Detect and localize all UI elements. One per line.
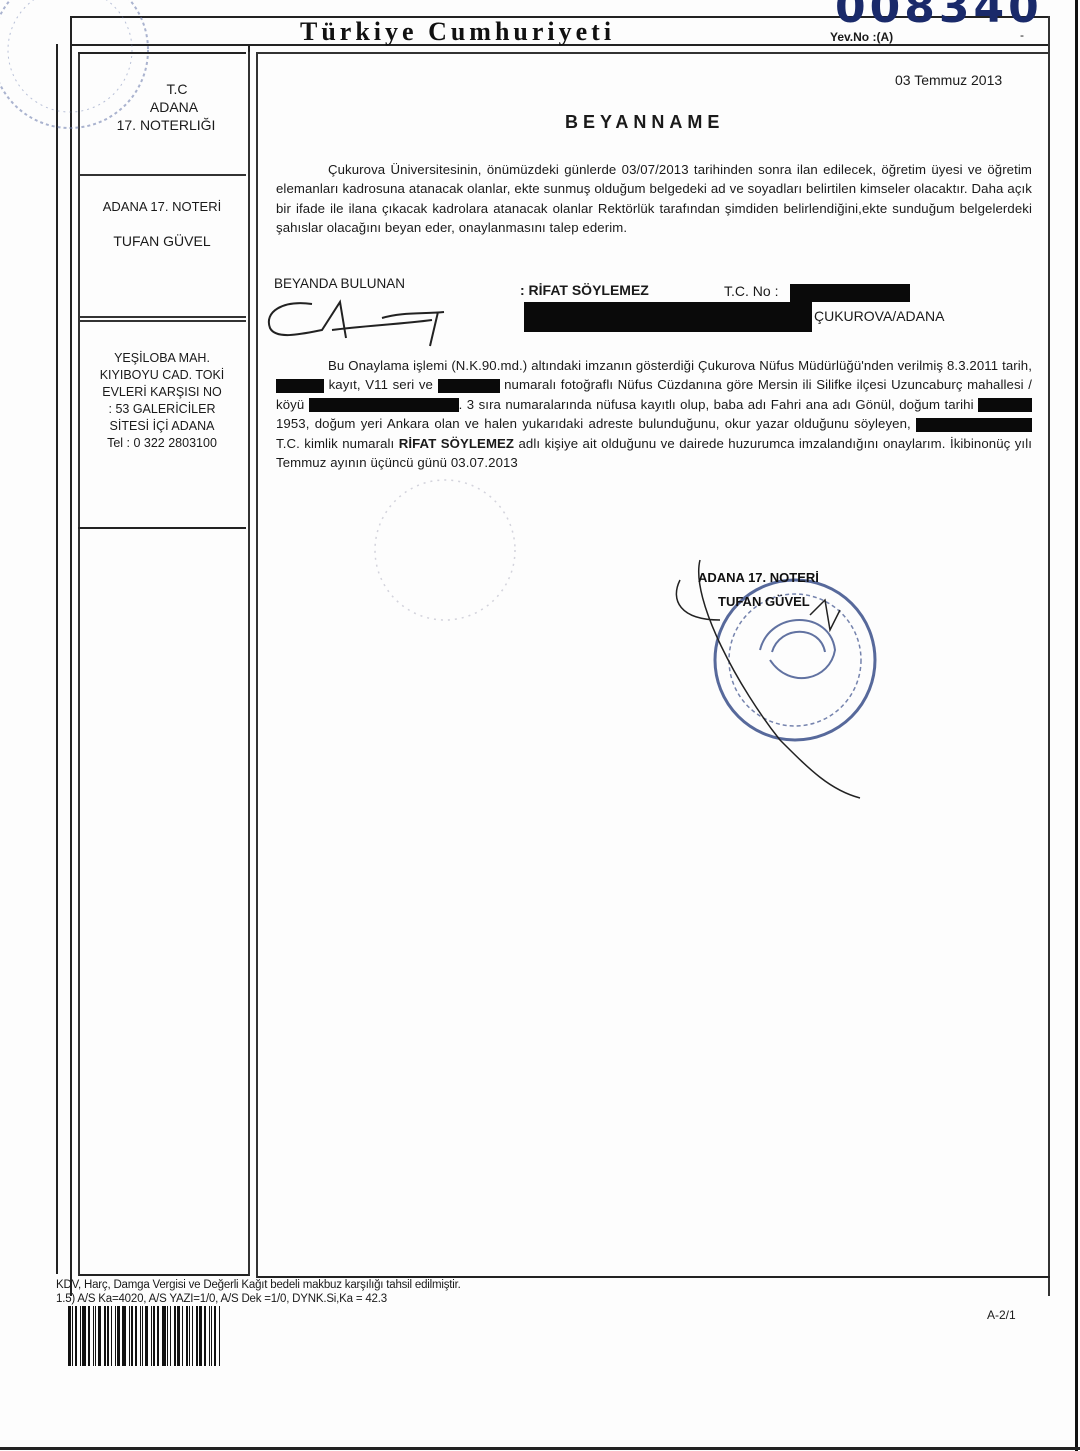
serial-number: 008340 [835, 0, 1043, 33]
document-date: 03 Temmuz 2013 [895, 72, 1002, 88]
declarant-label: BEYANDA BULUNAN [274, 276, 405, 291]
address-line: EVLERİ KARŞISI NO [78, 384, 246, 401]
address-line: YEŞİLOBA MAH. [78, 350, 246, 367]
footer-tax-note: KDV, Harç, Damga Vergisi ve Değerli Kağı… [56, 1279, 461, 1291]
footer-fee-codes: 1.5) A/S Ka=4020, A/S YAZI=1/0, A/S Dek … [56, 1293, 387, 1305]
address-city: ÇUKUROVA/ADANA [814, 308, 944, 324]
yev-no-label: Yev.No :(A) [830, 30, 893, 44]
redacted-village [309, 398, 459, 412]
sidebar-tc: T.C [108, 80, 246, 98]
address-line: KIYIBOYU CAD. TOKİ [78, 367, 246, 384]
page-code: A-2/1 [987, 1308, 1016, 1322]
stamp-notary-name: TUFAN GÜVEL [718, 594, 810, 609]
approval-text: 1953, doğum yeri Ankara olan ve halen yu… [276, 416, 911, 431]
sidebar-box-notary-name: ADANA 17. NOTERİ TUFAN GÜVEL [78, 176, 246, 318]
document-title: BEYANNAME [565, 112, 724, 133]
approval-text: . 3 sıra numaralarında nüfusa kayıtlı ol… [459, 397, 974, 412]
declaration-paragraph: Çukurova Üniversitesinin, önümüzdeki gün… [276, 160, 1032, 238]
sidebar-city: ADANA [102, 98, 246, 116]
approval-text: T.C. kimlik numaralı [276, 436, 394, 451]
header-title: Türkiye Cumhuriyeti [300, 17, 615, 47]
declaration-text: Çukurova Üniversitesinin, önümüzdeki gün… [276, 160, 1032, 238]
faded-seal-icon [365, 470, 525, 630]
approval-text: Bu Onaylama işlemi (N.K.90.md.) altındak… [328, 358, 1032, 373]
redacted-tc-no [790, 284, 910, 302]
redacted-birth-date [978, 398, 1032, 412]
phone-line: Tel : 0 322 2803100 [78, 435, 246, 452]
redacted-register [276, 379, 324, 393]
redacted-serial [438, 379, 500, 393]
signature-icon [262, 290, 462, 350]
sidebar-office: 17. NOTERLIĞI [86, 116, 246, 134]
sidebar-box-notary-office: T.C ADANA 17. NOTERLIĞI [78, 52, 246, 176]
redacted-address [524, 302, 812, 332]
approval-paragraph: Bu Onaylama işlemi (N.K.90.md.) altındak… [276, 356, 1032, 472]
scan-edge-line [1075, 0, 1078, 1451]
approved-person-name: RİFAT SÖYLEMEZ [399, 436, 514, 451]
sidebar-notary-title: ADANA 17. NOTERİ [78, 198, 246, 216]
scan-bottom-line [0, 1447, 1080, 1450]
approval-text: kayıt, V11 seri ve [329, 377, 433, 392]
sidebar-box-address: YEŞİLOBA MAH. KIYIBOYU CAD. TOKİ EVLERİ … [78, 320, 246, 529]
address-line: : 53 GALERİCİLER [78, 401, 246, 418]
redacted-id-number [916, 418, 1032, 432]
declarant-name: : RİFAT SÖYLEMEZ [520, 282, 649, 298]
sidebar-notary-name: TUFAN GÜVEL [78, 232, 246, 250]
yev-no-value: - [1020, 28, 1024, 42]
stamp-notary-title: ADANA 17. NOTERİ [698, 570, 819, 585]
tc-no-label: T.C. No : [724, 283, 778, 299]
barcode-icon [68, 1306, 263, 1366]
address-line: SİTESİ İÇİ ADANA [78, 418, 246, 435]
